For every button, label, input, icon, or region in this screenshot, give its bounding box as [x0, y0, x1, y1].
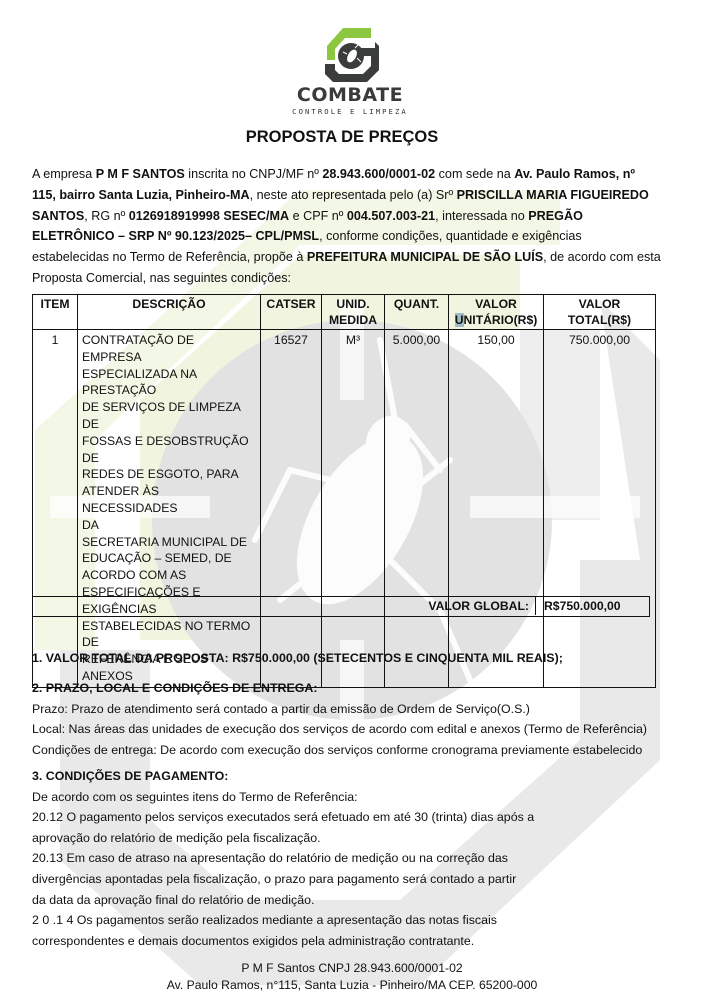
valor-global-row: VALOR GLOBAL: R$750.000,00 [32, 596, 650, 617]
section-3-line: 20.13 Em caso de atraso na apresentação … [32, 848, 672, 869]
logo-wordmark: COMBATE [275, 84, 425, 106]
section-3-line: 20.12 O pagamento pelos serviços executa… [32, 807, 672, 828]
col-descricao: DESCRIÇÃO [78, 295, 261, 330]
description-line: SECRETARIA MUNICIPAL DE [82, 534, 256, 551]
col-unidade: UNID.MEDIDA [322, 295, 385, 330]
description-line: ACORDO COM AS [82, 567, 256, 584]
cell-item: 1 [33, 330, 78, 688]
section-2-line: Local: Nas áreas das unidades de execuçã… [32, 719, 672, 740]
price-table: ITEM DESCRIÇÃO CATSER UNID.MEDIDA QUANT.… [32, 294, 656, 688]
section-2-line: Condições de entrega: De acordo com exec… [32, 740, 672, 761]
section-prazo: 2. PRAZO, LOCAL E CONDIÇÕES DE ENTREGA: … [32, 678, 672, 760]
cell-unidade: M³ [322, 330, 385, 688]
combate-hexagon-icon [275, 18, 425, 86]
section-3-line: aprovação do relatório de medição pela f… [32, 828, 672, 849]
description-line: FOSSAS E DESOBSTRUÇÃO DE [82, 433, 256, 467]
description-line: ESTABELECIDAS NO TERMO [82, 618, 256, 635]
section-3-line: 2 0 .1 4 Os pagamentos serão realizados … [32, 910, 672, 931]
footer-address: Av. Paulo Ramos, n°115, Santa Luzia - Pi… [0, 977, 704, 994]
intro-paragraph: A empresa P M F SANTOS inscrita no CNPJ/… [32, 164, 662, 289]
cell-valor-unitario: 150,00 [449, 330, 544, 688]
text-cursor-highlight: U [455, 313, 464, 327]
description-line: PRESTAÇÃO [82, 382, 256, 399]
logo-tagline: CONTROLE E LIMPEZA [275, 107, 425, 116]
section-3-line: correspondentes e demais documentos exig… [32, 931, 672, 952]
cell-quantidade: 5.000,00 [385, 330, 449, 688]
section-valor-total: 1. VALOR TOTAL DA PROPOSTA: R$750.000,00… [32, 648, 672, 669]
representative-rg: 0126918919998 SESEC/MA [129, 209, 289, 223]
col-valor-unitario: VALORUNITÁRIO(R$) [449, 295, 544, 330]
table-row: 1 CONTRATAÇÃO DE EMPRESAESPECIALIZADA NA… [33, 330, 656, 688]
section-3-heading: 3. CONDIÇÕES DE PAGAMENTO: [32, 766, 672, 787]
cell-catser: 16527 [261, 330, 322, 688]
col-quantidade: QUANT. [385, 295, 449, 330]
section-pagamento: 3. CONDIÇÕES DE PAGAMENTO: De acordo com… [32, 766, 672, 951]
cell-descricao: CONTRATAÇÃO DE EMPRESAESPECIALIZADA NAPR… [78, 330, 261, 688]
section-1-heading: 1. VALOR TOTAL DA PROPOSTA: R$750.000,00… [32, 648, 672, 669]
footer-company: P M F Santos CNPJ 28.943.600/0001-02 [0, 960, 704, 977]
document-page: COMBATE CONTROLE E LIMPEZA PROPOSTA DE P… [0, 0, 704, 995]
company-logo: COMBATE CONTROLE E LIMPEZA [275, 18, 425, 118]
description-line: REDES DE ESGOTO, PARA [82, 466, 256, 483]
valor-global-label: VALOR GLOBAL: [428, 599, 529, 613]
cell-valor-total: 750.000,00 [544, 330, 656, 688]
description-line: ATENDER ÀS NECESSIDADES [82, 483, 256, 517]
description-line: CONTRATAÇÃO DE EMPRESA [82, 332, 256, 366]
company-name: P M F SANTOS [96, 167, 185, 181]
company-cnpj: 28.943.600/0001-02 [322, 167, 435, 181]
description-line: EDUCAÇÃO – SEMED, DE [82, 550, 256, 567]
prefeitura-name: PREFEITURA MUNICIPAL DE SÃO LUÍS [307, 250, 543, 264]
page-title: PROPOSTA DE PREÇOS [0, 128, 684, 147]
section-3-line: De acordo com os seguintes itens do Term… [32, 787, 672, 808]
footer: P M F Santos CNPJ 28.943.600/0001-02 Av.… [0, 960, 704, 994]
col-catser: CATSER [261, 295, 322, 330]
description-line: DE SERVIÇOS DE LIMPEZA DE [82, 399, 256, 433]
description-line: DA [82, 517, 256, 534]
section-2-heading: 2. PRAZO, LOCAL E CONDIÇÕES DE ENTREGA: [32, 678, 672, 699]
section-3-line: da data da aprovação final do relatório … [32, 890, 672, 911]
col-valor-total: VALORTOTAL(R$) [544, 295, 656, 330]
section-3-line: divergências apontadas pela fiscalização… [32, 869, 672, 890]
valor-global-value: R$750.000,00 [535, 596, 656, 615]
representative-cpf: 004.507.003-21 [347, 209, 435, 223]
col-item: ITEM [33, 295, 78, 330]
description-line: ESPECIALIZADA NA [82, 366, 256, 383]
section-2-line: Prazo: Prazo de atendimento será contado… [32, 699, 672, 720]
table-header-row: ITEM DESCRIÇÃO CATSER UNID.MEDIDA QUANT.… [33, 295, 656, 330]
